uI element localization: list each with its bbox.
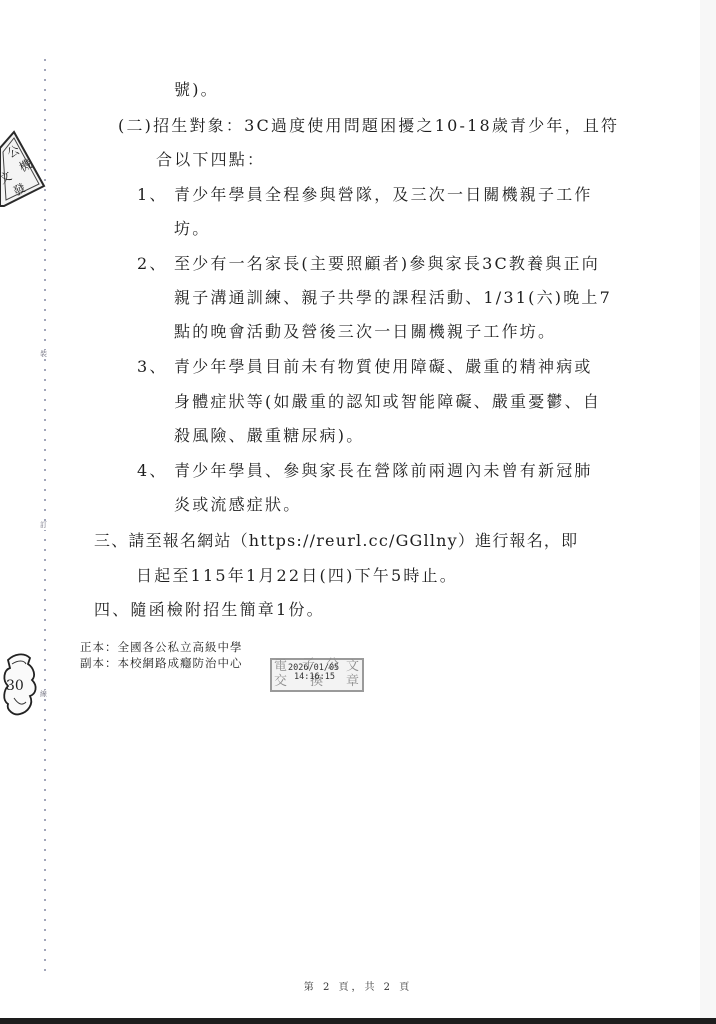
text-line: 合以下四點： (156, 150, 265, 170)
stamp-char: 電 (274, 660, 287, 674)
list-item-number: 4、 (137, 461, 168, 481)
page-number-footer: 第 2 頁，共 2 頁 (0, 978, 716, 993)
stamp-time: 14:16:15 (294, 673, 335, 682)
primary-recipient: 正本：全國各公私立高級中學 (80, 640, 243, 654)
binding-mark-ding: 訂 (40, 521, 47, 530)
viewer-bottom-edge (0, 1018, 716, 1024)
list-item-number: 2、 (137, 254, 168, 274)
section-enrollment-target: (二)招生對象：3C過度使用問題困擾之10-18歲青少年，且符 (118, 116, 619, 136)
viewer-margin (700, 0, 716, 1018)
document-page: 裝 訂 線 公 機 文 發 號)。 (二)招生對象：3C過度使用問題困擾之10-… (0, 0, 716, 1018)
list-item-number: 3、 (137, 357, 168, 377)
text-line: 號)。 (174, 80, 219, 100)
section-registration: 三、請至報名網站（https://reurl.cc/GGllny）進行報名，即 (94, 531, 578, 551)
list-item-2-cont: 點的晚會活動及營後三次一日關機親子工作坊。 (174, 322, 556, 342)
page-seal-icon: 30 (0, 650, 40, 718)
list-item-3-cont: 殺風險、嚴重糖尿病)。 (174, 426, 364, 446)
section-attachment: 四、隨函檢附招生簡章1份。 (94, 600, 325, 620)
list-item-1-cont: 坊。 (174, 219, 210, 239)
list-item-2: 至少有一名家長(主要照顧者)參與家長3C教養與正向 (174, 254, 600, 274)
stamp-char: 章 (346, 675, 359, 689)
stamp-char: 文 (346, 660, 359, 674)
copy-recipient: 副本：本校網路成癮防治中心 (80, 656, 243, 670)
list-item-number: 1、 (137, 185, 168, 205)
binding-mark-xian: 線 (40, 690, 47, 699)
stamp-char: 交 (274, 675, 287, 689)
section-registration-deadline: 日起至115年1月22日(四)下午5時止。 (136, 566, 458, 586)
list-item-3-cont: 身體症狀等(如嚴重的認知或智能障礙、嚴重憂鬱、自 (174, 392, 601, 412)
list-item-2-cont: 親子溝通訓練、親子共學的課程活動、1/31(六)晚上7 (174, 288, 612, 308)
seal-number: 30 (6, 678, 24, 694)
list-item-4-cont: 炎或流感症狀。 (174, 495, 301, 515)
list-item-4: 青少年學員、參與家長在營隊前兩週內未曾有新冠肺 (174, 461, 593, 481)
list-item-3: 青少年學員目前未有物質使用障礙、嚴重的精神病或 (174, 357, 593, 377)
list-item-1: 青少年學員全程參與營隊，及三次一日關機親子工作 (174, 185, 593, 205)
official-seal-icon: 公 機 文 發 (0, 128, 46, 208)
binding-mark-zhuang: 裝 (40, 350, 47, 359)
electronic-exchange-stamp: 電 子 公 文 交 換 章 2026/01/05 14:16:15 (270, 658, 364, 692)
